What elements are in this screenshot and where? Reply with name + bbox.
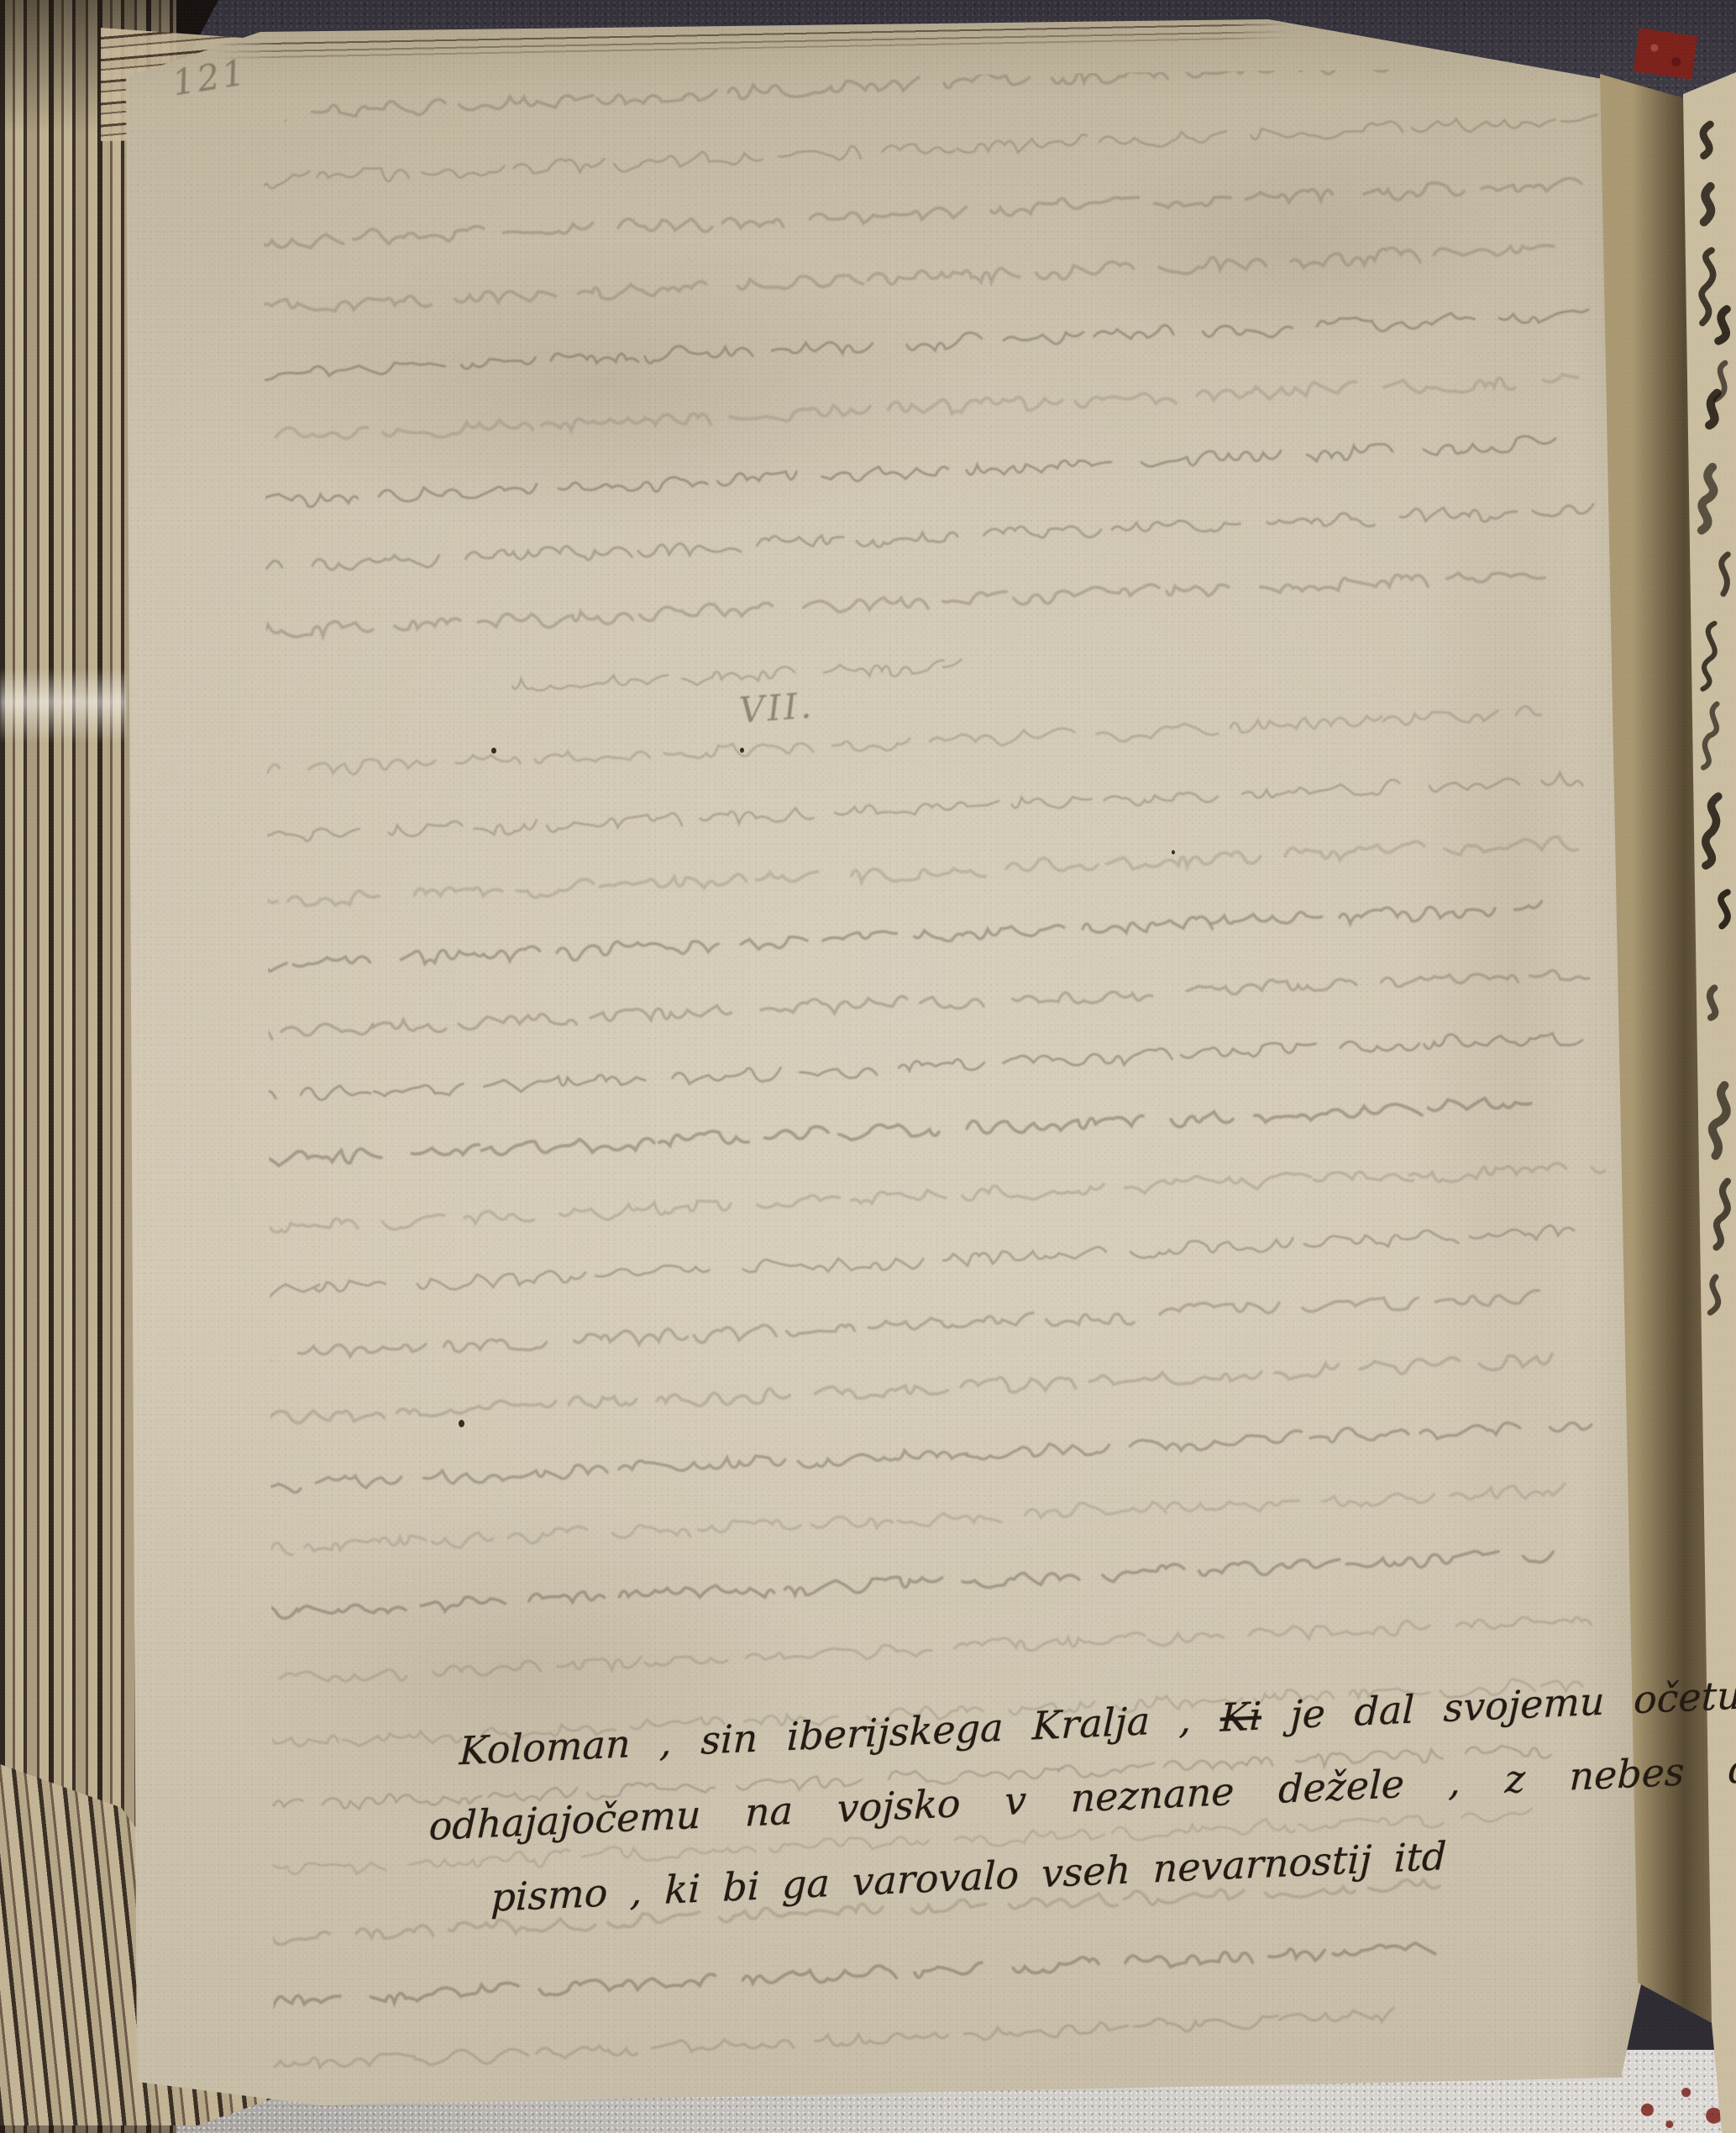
annotation-struck-word: Ki — [1219, 1693, 1261, 1740]
book-cover-red-top — [1634, 28, 1698, 79]
page-stack-highlight — [0, 668, 126, 743]
ink-speck — [491, 748, 496, 754]
ink-speck — [459, 1420, 464, 1427]
book-photograph: 121 VII. Koloman , sin iberijskega Kralj… — [0, 0, 1736, 2133]
annotation-text: je dal svojemu očetu , — [1261, 1670, 1736, 1738]
paper-stain — [1411, 252, 1613, 1680]
ink-speck — [1172, 850, 1175, 854]
paper-stain — [218, 235, 991, 538]
section-heading: VII. — [737, 685, 815, 731]
paper-stain — [1075, 126, 1512, 361]
ink-speck — [740, 748, 744, 753]
